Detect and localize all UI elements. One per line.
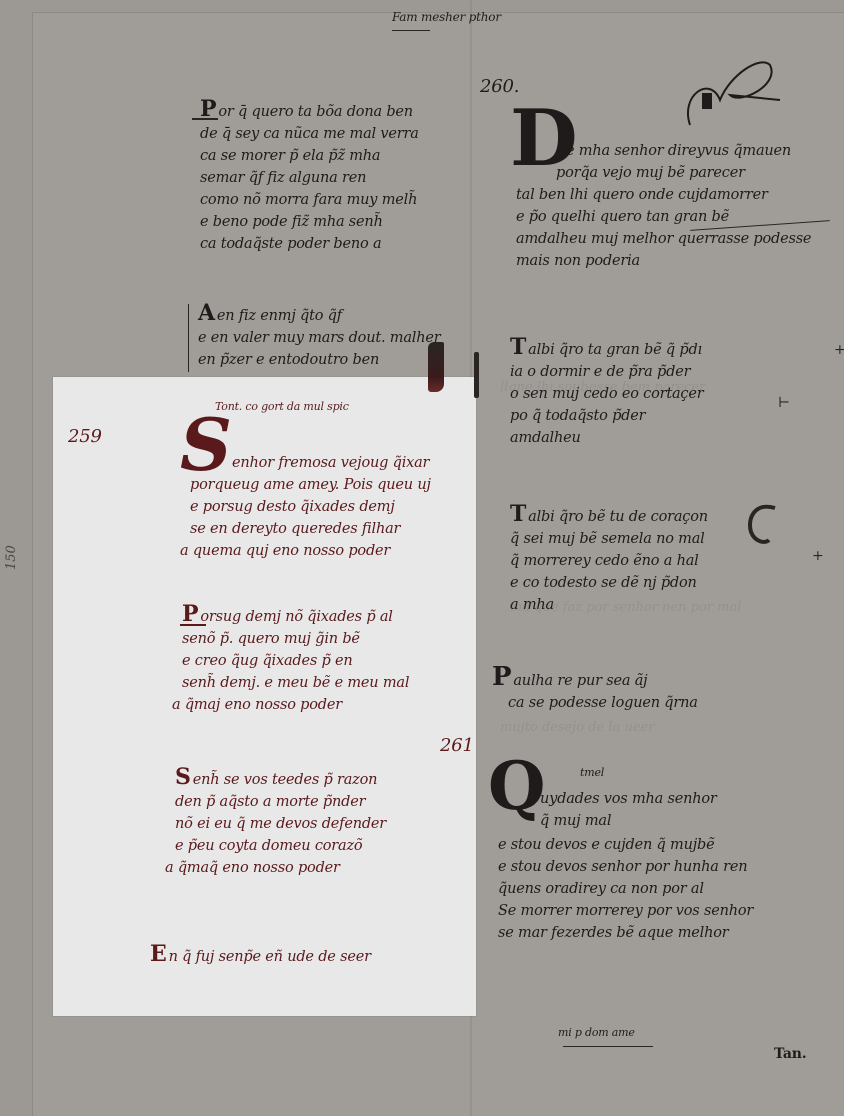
stanza-right-4: Paulha re pur sea ãj ca se podesse logue… — [492, 668, 698, 714]
verse-line: orsug demj nõ q̃ixades p̃ al — [200, 609, 392, 625]
initial-underline — [180, 624, 206, 626]
verse-line: e co todesto se dẽ nj p̃don — [510, 572, 708, 594]
verse-line: e stou devos senhor por hunha ren — [498, 856, 753, 878]
verse-line: porqueug ame amey. Pois queu uj — [190, 474, 431, 496]
decorated-initial-S: S — [180, 412, 232, 478]
stanza-right-1-first: e mha senhor direyvus q̃mauen porq̃a vej… — [566, 140, 791, 184]
verse-line: ca se podesse loguen q̃rna — [508, 692, 698, 714]
margin-cross-mark: + — [834, 342, 844, 358]
verse-line: como nõ morra fara muy melh̃ — [200, 189, 419, 211]
verse-line: amdalheu — [510, 427, 703, 449]
verse-line: porq̃a vejo muj bẽ parecer — [556, 162, 791, 184]
header-underline — [392, 30, 430, 31]
verse-line: se mar fezerdes bẽ aque melhor — [498, 922, 753, 944]
initial-paint-stroke — [428, 342, 444, 392]
stanza-left-2: Aen fiz enmj q̃to q̃f e en valer muy mar… — [198, 304, 440, 371]
verse-line: a mha — [510, 594, 708, 616]
flourish-mark — [680, 55, 790, 135]
verse-line: ca se morer p̃ ela p̃z̃ mha — [200, 145, 419, 167]
initial-underline — [192, 118, 218, 120]
verse-line: or q̄ quero ta bõa dona ben — [218, 104, 413, 120]
decorated-initial-Q: Q — [488, 756, 546, 816]
side-margin-number: 150 — [4, 545, 19, 570]
verse-line: nõ ei eu q̃ me devos defender — [175, 813, 386, 835]
stanza-259-4: En q̃ fuj senp̃e eñ ude de seer — [150, 945, 371, 968]
verse-line: en fiz enmj q̃to q̃f — [217, 308, 342, 324]
verse-line: aulha re pur sea ãj — [513, 673, 647, 689]
corner-mark: Tan. — [774, 1046, 806, 1062]
stanza-259-2: Porsug demj nõ q̃ixades p̃ al senõ p̃. q… — [182, 605, 409, 716]
header-note: Fam mesher pthor — [392, 10, 501, 24]
bleed-through-text: mujto desejo de la ueer — [500, 720, 654, 735]
initial-letter: S — [175, 768, 191, 786]
verse-line: e stou devos e cujden q̃ mujbẽ — [498, 834, 753, 856]
stanza-259-1: porqueug ame amey. Pois queu uj e porsug… — [190, 474, 431, 562]
stanza-right-5: e stou devos e cujden q̃ mujbẽ e stou de… — [498, 834, 753, 944]
initial-letter: T — [510, 338, 526, 356]
verse-line: de q̄ sey ca nũca me mal verra — [200, 123, 419, 145]
verse-line: tal ben lhi quero onde cujdamorrer — [516, 184, 811, 206]
initial-letter: A — [198, 304, 215, 322]
initial-letter: P — [492, 668, 511, 686]
verse-line: e en valer muy mars dout. malher — [198, 327, 440, 349]
stanza-right-1: tal ben lhi quero onde cujdamorrer e p̃o… — [516, 184, 811, 272]
verse-line: e creo q̃ug q̃ixades p̃ en — [182, 650, 409, 672]
verse-line: enhor fremosa vejoug q̃ixar — [232, 452, 429, 474]
verse-line: e mha senhor direyvus q̃mauen — [566, 140, 791, 162]
verse-line: semar q̃f fiz alguna ren — [200, 167, 419, 189]
verse-line: o sen muj cedo eo cortaçer — [510, 383, 703, 405]
initial-paint-stroke — [474, 352, 479, 398]
verse-line: en p̃zer e entodoutro ben — [198, 349, 440, 371]
verse-line: e p̃eu coyta domeu corazõ — [175, 835, 386, 857]
initial-letter: E — [150, 945, 167, 963]
verse-line: enh̃ se vos teedes p̃ razon — [193, 772, 378, 788]
verse-line: senh̃ demj. e meu bẽ e meu mal — [182, 672, 409, 694]
stanza-right-3: Talbi q̃ro bẽ tu de coraçon q̃ sei muj b… — [510, 505, 708, 616]
verse-line: Se morrer morrerey por vos senhor — [498, 900, 753, 922]
verse-line: amdalheu muj melhor querrasse podesse — [516, 228, 811, 250]
verse-line: se en dereyto queredes filhar — [190, 518, 431, 540]
verse-line: e beno pode fiz̃ mha senh̃ — [200, 211, 419, 233]
verse-line: uydades vos mha senhor — [540, 788, 717, 810]
initial-letter: T — [510, 505, 526, 523]
verse-line: q̃ morrerey cedo ẽno a hal — [510, 550, 708, 572]
stanza-259-3: Senh̃ se vos teedes p̃ razon den p̃ aq̃s… — [175, 768, 386, 879]
verse-line: e porsug desto q̃ixades demj — [190, 496, 431, 518]
rubric-note: Tont. co gort da mul spic — [215, 400, 349, 413]
unfinished-initial-C — [745, 500, 785, 550]
verse-line: q̃ muj mal — [540, 810, 717, 832]
verse-line: a quema quj eno nosso poder — [180, 540, 431, 562]
stanza-left-1: Por q̄ quero ta bõa dona ben de q̄ sey c… — [200, 100, 419, 255]
stanza-right-2: Talbi q̃ro ta gran bẽ q̃ p̃dı ia o dormi… — [510, 338, 703, 449]
verse-line: ia o dormir e de p̃ra p̃der — [510, 361, 703, 383]
verse-line: q̃uens oradirey ca non por al — [498, 878, 753, 900]
folio-number-259: 259 — [68, 426, 102, 447]
verse-line: albi q̃ro bẽ tu de coraçon — [528, 509, 708, 525]
verse-line: a q̃maj eno nosso poder — [172, 694, 409, 716]
stanza-bracket — [188, 304, 189, 372]
verse-line: po q̃ todaq̃sto p̃der — [510, 405, 703, 427]
initial-letter: P — [182, 605, 198, 623]
verse-line: senõ p̃. quero muj g̃in bẽ — [182, 628, 409, 650]
verse-line: den p̃ aq̃sto a morte p̃nder — [175, 791, 386, 813]
verse-line: mais non poderia — [516, 250, 811, 272]
initial-letter: P — [200, 100, 216, 118]
folio-number-261: 261 — [440, 735, 474, 756]
verse-line: n q̃ fuj senp̃e eñ ude de seer — [169, 949, 371, 965]
verse-line: ca todaq̃ste poder beno a — [200, 233, 419, 255]
verse-line: a q̃maq̃ eno nosso poder — [165, 857, 386, 879]
margin-cross-mark: + — [812, 548, 824, 564]
stanza-259-1-first: enhor fremosa vejoug q̃ixar — [232, 452, 429, 474]
footer-underline — [563, 1046, 653, 1047]
verse-line: albi q̃ro ta gran bẽ q̃ p̃dı — [528, 342, 702, 358]
stanza-right-5-first: uydades vos mha senhor q̃ muj mal — [540, 788, 717, 832]
footer-note: mi p dom ame — [558, 1026, 635, 1039]
verse-line: q̃ sei muj bẽ semela no mal — [510, 528, 708, 550]
rubric-note: tmel — [580, 766, 604, 779]
margin-mark: ⊢ — [778, 395, 790, 411]
